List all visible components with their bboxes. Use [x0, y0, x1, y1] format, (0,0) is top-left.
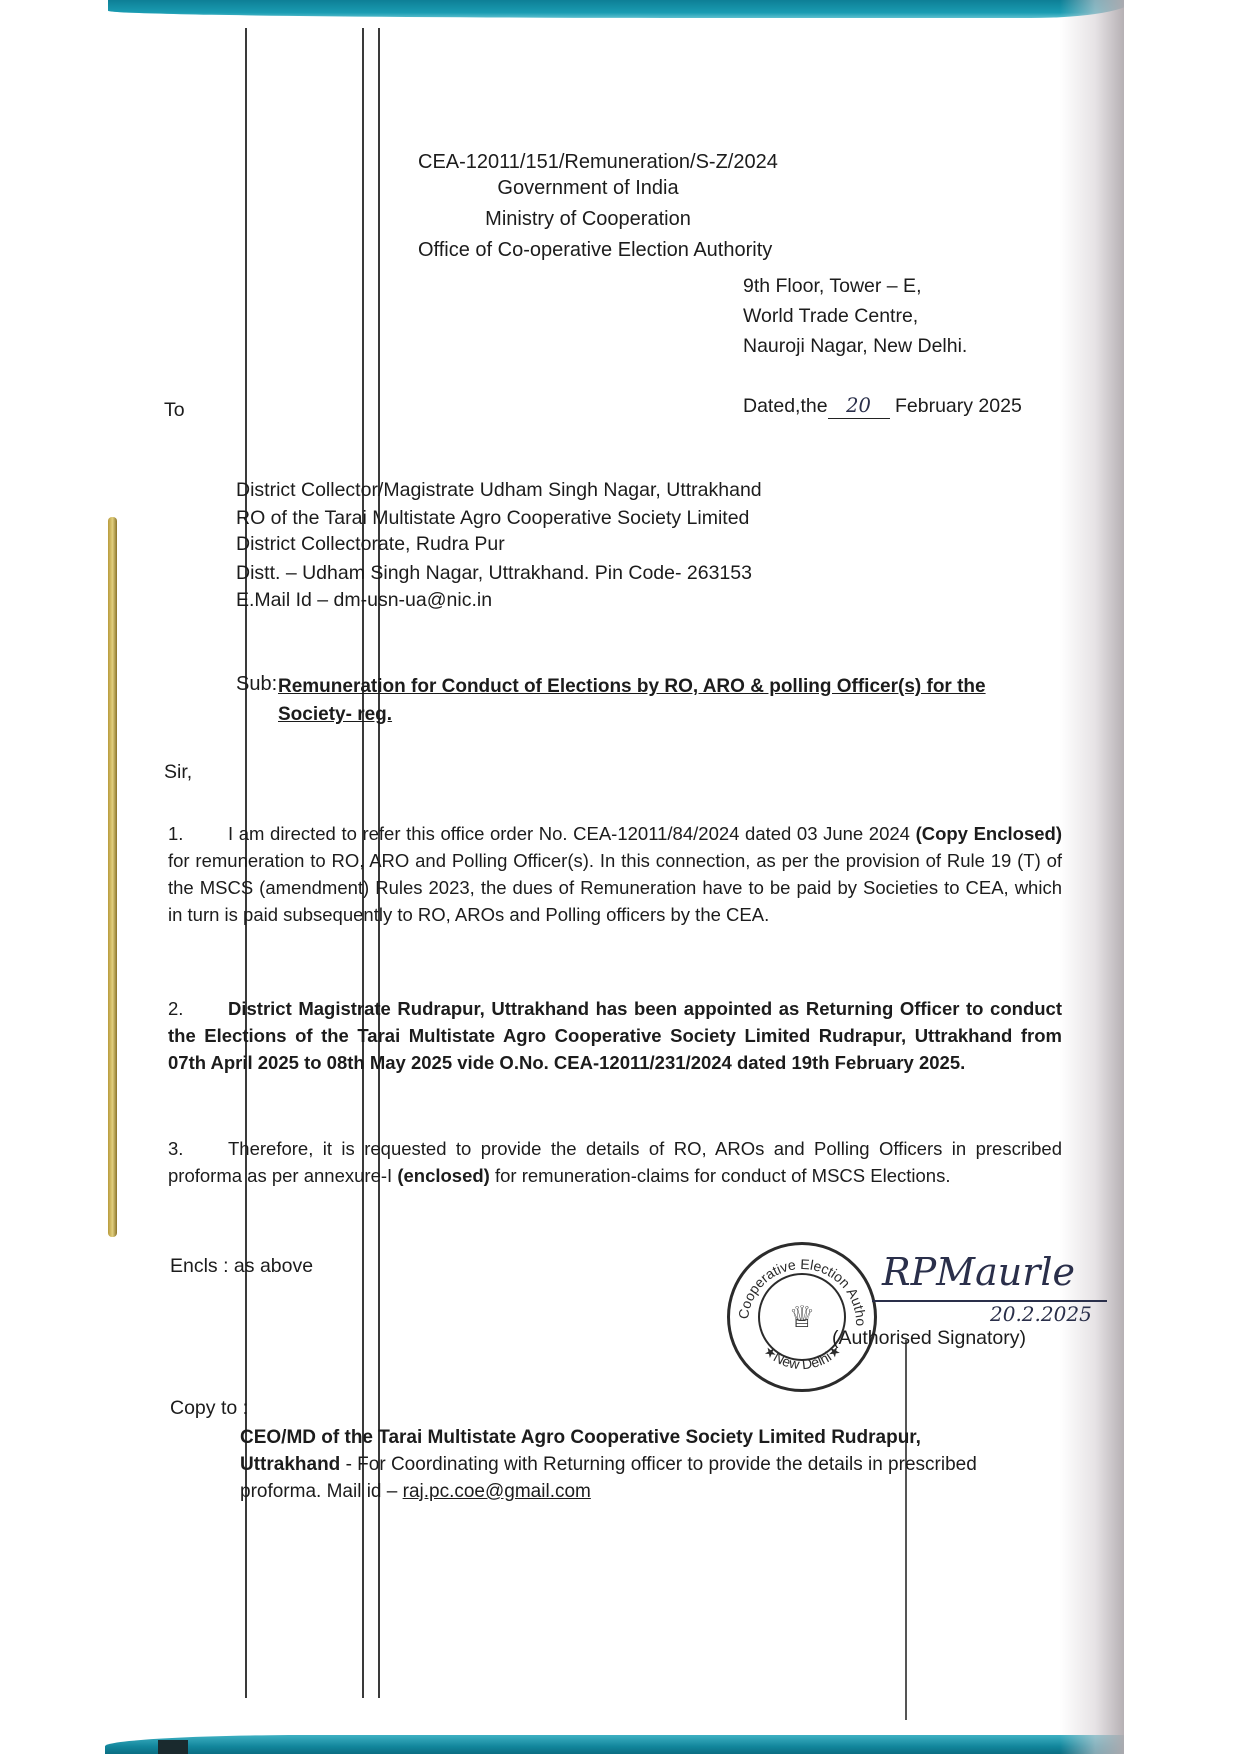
copy-enclosed-note: (Copy Enclosed) [916, 823, 1062, 844]
subject-line-2: Society- reg. [278, 702, 392, 727]
recipient-line-2: RO of the Tarai Multistate Agro Cooperat… [236, 506, 749, 531]
to-label: To [164, 398, 185, 423]
address-line-1: 9th Floor, Tower – E, [743, 274, 921, 299]
handwritten-signature-date: 20.2.2025 [990, 1302, 1092, 1327]
paragraph-3: 3.Therefore, it is requested to provide … [168, 1135, 1062, 1189]
handwritten-day: 20 [828, 393, 890, 419]
subject-line-1: Remuneration for Conduct of Elections by… [278, 674, 986, 699]
scan-background-top [108, 0, 1133, 18]
header-ministry: Ministry of Cooperation [418, 207, 758, 232]
scan-background-bottom [105, 1735, 1125, 1754]
scan-line [905, 1340, 907, 1720]
scan-artifact [158, 1740, 188, 1754]
header-government: Government of India [418, 176, 758, 201]
header-office: Office of Co-operative Election Authorit… [418, 238, 772, 263]
official-stamp: Cooperative Election Authority ★New Delh… [727, 1242, 877, 1392]
paper-edge-shadow [1060, 0, 1124, 1754]
reference-number: CEA-12011/151/Remuneration/S-Z/2024 [418, 150, 778, 175]
recipient-line-3: District Collectorate, Rudra Pur [236, 532, 505, 557]
scan-margin-right [1124, 0, 1241, 1754]
copy-to-email-link[interactable]: raj.pc.coe@gmail.com [403, 1481, 591, 1502]
paragraph-1: 1.I am directed to refer this office ord… [168, 820, 1062, 928]
recipient-line-1: District Collector/Magistrate Udham Sing… [236, 478, 762, 503]
recipient-email: E.Mail Id – dm-usn-ua@nic.in [236, 588, 492, 613]
letter-date: Dated,the20 February 2025 [743, 393, 1022, 419]
signatory-designation: (Authorised Signatory) [832, 1326, 1026, 1351]
copy-to-recipient: CEO/MD of the Tarai Multistate Agro Coop… [240, 1424, 1010, 1505]
salutation: Sir, [164, 760, 192, 785]
paragraph-2: 2.District Magistrate Rudrapur, Uttrakha… [168, 995, 1062, 1076]
enclosures-note: Encls : as above [170, 1254, 313, 1279]
address-line-3: Nauroji Nagar, New Delhi. [743, 334, 967, 359]
copy-to-label: Copy to : [170, 1396, 248, 1421]
recipient-line-4: Distt. – Udham Singh Nagar, Uttrakhand. … [236, 561, 752, 586]
paper-edge-strip [108, 517, 117, 1237]
address-line-2: World Trade Centre, [743, 304, 918, 329]
subject-label: Sub: [236, 672, 277, 697]
handwritten-signature: RPMaurle [882, 1250, 1075, 1294]
